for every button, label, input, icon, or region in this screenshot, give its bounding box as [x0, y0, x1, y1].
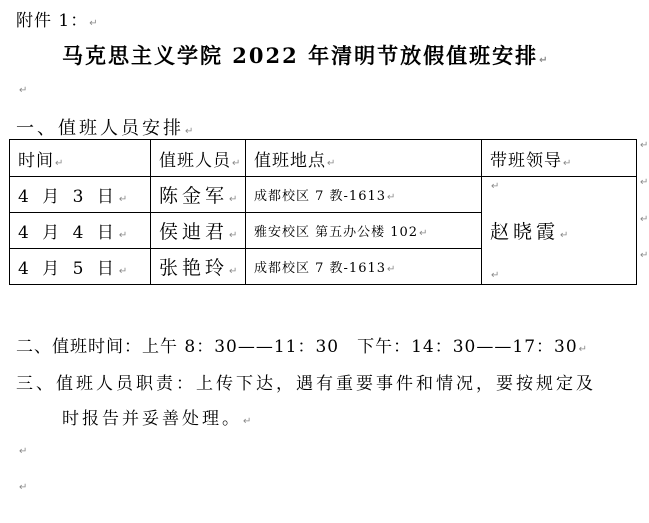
section3-duties-cont: 时报告并妥善处理。↵ [62, 404, 254, 429]
cell-location-text: 雅安校区 第五办公楼 102 [254, 225, 418, 240]
cell-person-text: 侯迪君 [159, 221, 228, 243]
section3-duties: 三、值班人员职责：上传下达，遇有重要事件和情况，要按规定及 [16, 369, 596, 394]
cell-person-text: 张艳玲 [159, 257, 228, 279]
cell-mark-icon: ↵ [491, 270, 636, 281]
cell-location: 成都校区 7 教-1613↵ [246, 249, 482, 285]
cell-mark-icon: ↵ [491, 181, 636, 192]
cell-mark-icon: ↵ [387, 192, 396, 203]
section1-heading: 一、值班人员安排↵ [16, 114, 196, 140]
cell-mark-icon: ↵ [327, 158, 336, 169]
cell-person: 陈金军↵ [151, 177, 246, 213]
cell-person: 张艳玲↵ [151, 249, 246, 285]
section3-line2: 时报告并妥善处理。 [62, 409, 242, 429]
row-end-mark-icon: ↵ [640, 214, 648, 225]
cell-mark-icon: ↵ [419, 228, 428, 239]
header-location: 值班地点↵ [246, 140, 482, 177]
cell-mark-icon: ↵ [232, 158, 241, 169]
cell-mark-icon: ↵ [119, 266, 131, 277]
cell-person: 侯迪君↵ [151, 213, 246, 249]
document-title: 马克思主义学院 2022 年清明节放假值班安排↵ [62, 40, 549, 70]
section2-text: 二、值班时间：上午 8：30——11：30 下午：14：30——17：30 [16, 337, 578, 357]
cell-date: 4 月 4 日↵ [10, 213, 151, 249]
cell-mark-icon: ↵ [387, 264, 396, 275]
paragraph-mark-icon: ↵ [185, 126, 196, 137]
cell-date: 4 月 3 日↵ [10, 177, 151, 213]
cell-mark-icon: ↵ [229, 194, 241, 205]
section2-duty-hours: 二、值班时间：上午 8：30——11：30 下午：14：30——17：30↵ [16, 332, 588, 357]
row-end-mark-icon: ↵ [640, 250, 648, 261]
cell-mark-icon: ↵ [560, 230, 572, 241]
cell-leader: ↵ 赵晓霞↵ ↵ [482, 177, 637, 285]
paragraph-mark-icon: ↵ [579, 344, 588, 355]
paragraph-mark-icon: ↵ [19, 482, 27, 493]
paragraph-mark-icon: ↵ [243, 416, 254, 427]
cell-date-text: 4 月 4 日 [18, 223, 118, 243]
header-person: 值班人员↵ [151, 140, 246, 177]
section1-heading-text: 一、值班人员安排 [16, 118, 184, 139]
cell-mark-icon: ↵ [119, 230, 131, 241]
cell-mark-icon: ↵ [229, 266, 241, 277]
cell-date-text: 4 月 5 日 [18, 259, 118, 279]
cell-date: 4 月 5 日↵ [10, 249, 151, 285]
paragraph-mark-icon: ↵ [539, 55, 549, 66]
header-date-text: 时间 [18, 151, 54, 171]
header-date: 时间↵ [10, 140, 151, 177]
cell-location: 成都校区 7 教-1613↵ [246, 177, 482, 213]
row-end-mark-icon: ↵ [640, 177, 648, 188]
cell-location: 雅安校区 第五办公楼 102↵ [246, 213, 482, 249]
document-title-text: 马克思主义学院 2022 年清明节放假值班安排 [62, 43, 538, 68]
cell-mark-icon: ↵ [563, 158, 572, 169]
duty-table: 时间↵ 值班人员↵ 值班地点↵ 带班领导↵ 4 月 3 日↵ 陈金军↵ 成都校区… [9, 139, 637, 285]
cell-date-text: 4 月 3 日 [18, 187, 118, 207]
cell-person-text: 陈金军 [159, 185, 228, 207]
cell-mark-icon: ↵ [119, 194, 131, 205]
cell-mark-icon: ↵ [55, 158, 64, 169]
header-location-text: 值班地点 [254, 151, 326, 171]
section3-line1: 三、值班人员职责：上传下达，遇有重要事件和情况，要按规定及 [16, 374, 596, 394]
paragraph-mark-icon: ↵ [19, 85, 27, 96]
cell-leader-text: 赵晓霞 [490, 221, 559, 243]
attachment-label: 附件 1：↵ [16, 6, 99, 31]
header-person-text: 值班人员 [159, 151, 231, 171]
paragraph-mark-icon: ↵ [19, 446, 27, 457]
paragraph-mark-icon: ↵ [89, 18, 98, 29]
cell-location-text: 成都校区 7 教-1613 [254, 189, 386, 204]
row-end-mark-icon: ↵ [640, 140, 648, 151]
attachment-label-text: 附件 1： [16, 11, 88, 31]
cell-location-text: 成都校区 7 教-1613 [254, 261, 386, 276]
table-row: 4 月 3 日↵ 陈金军↵ 成都校区 7 教-1613↵ ↵ 赵晓霞↵ ↵ [10, 177, 637, 213]
header-leader: 带班领导↵ [482, 140, 637, 177]
header-leader-text: 带班领导 [490, 151, 562, 171]
table-header-row: 时间↵ 值班人员↵ 值班地点↵ 带班领导↵ [10, 140, 637, 177]
cell-mark-icon: ↵ [229, 230, 241, 241]
